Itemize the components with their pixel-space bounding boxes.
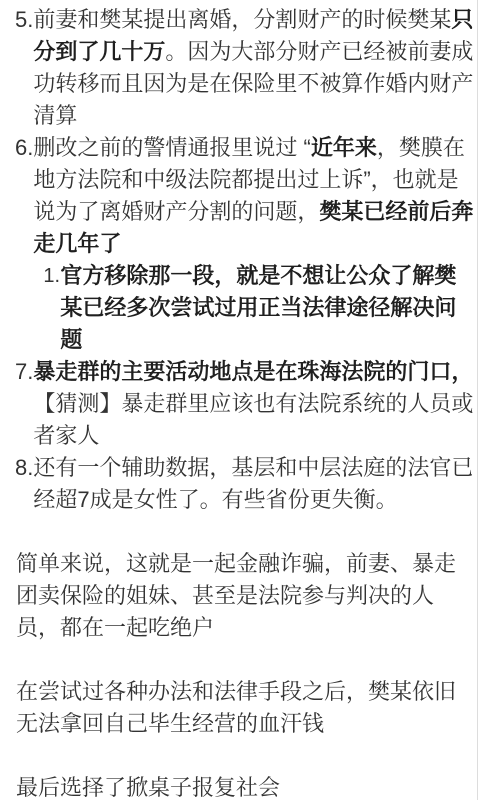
summary-paragraph: 简单来说，这就是一起金融诈骗，前妻、暴走团卖保险的姐妹、甚至是法院参与判决的人员…	[16, 548, 476, 644]
conclusion-paragraph: 在尝试过各种办法和法律手段之后，樊某依旧无法拿回自己毕生经营的血汗钱	[16, 676, 476, 740]
text-segment-bold: 官方移除那一段，就是不想让公众了解樊某已经多次尝试过用正当法律途径解决问题	[60, 263, 456, 352]
list-item-text: 还有一个辅助数据，基层和中层法庭的法官已经超7成是女性了。有些省份更失衡。	[33, 452, 483, 516]
list-item-number: 5.	[15, 4, 33, 36]
final-paragraph: 最后选择了掀桌子报复社会	[16, 772, 476, 800]
text-segment: 前妻和樊某提出离婚，分割财产的时候樊某	[33, 7, 451, 32]
list-item-text: 删改之前的警情通报里说过 “近年来，樊膜在地方法院和中级法院都提出过上诉”，也就…	[33, 132, 483, 356]
text-segment: 【猜测】暴走群里应该也有法院系统的人员或者家人	[33, 391, 473, 448]
sub-list-item-number: 1.	[43, 260, 60, 292]
list-item-paragraph: 删改之前的警情通报里说过 “近年来，樊膜在地方法院和中级法院都提出过上诉”，也就…	[33, 132, 476, 260]
list-item-number: 8.	[15, 452, 33, 484]
sub-list-item-text: 官方移除那一段，就是不想让公众了解樊某已经多次尝试过用正当法律途径解决问题	[60, 260, 476, 356]
list-item-6: 6. 删改之前的警情通报里说过 “近年来，樊膜在地方法院和中级法院都提出过上诉”…	[0, 132, 483, 356]
right-edge-divider	[477, 0, 478, 800]
list-item-number: 7.	[15, 356, 33, 388]
list-item-7: 7. 暴走群的主要活动地点是在珠海法院的门口，【猜测】暴走群里应该也有法院系统的…	[0, 356, 483, 452]
text-segment-bold: 近年来	[311, 135, 377, 160]
list-item-text: 暴走群的主要活动地点是在珠海法院的门口，【猜测】暴走群里应该也有法院系统的人员或…	[33, 356, 483, 452]
text-content: 5. 前妻和樊某提出离婚，分割财产的时候樊某只分到了几十万。因为大部分财产已经被…	[0, 0, 483, 800]
text-segment: 还有一个辅助数据，基层和中层法庭的法官已经超7成是女性了。有些省份更失衡。	[33, 455, 473, 512]
list-item-text: 前妻和樊某提出离婚，分割财产的时候樊某只分到了几十万。因为大部分财产已经被前妻成…	[33, 4, 483, 132]
list-item-5: 5. 前妻和樊某提出离婚，分割财产的时候樊某只分到了几十万。因为大部分财产已经被…	[0, 4, 483, 132]
list-item-number: 6.	[15, 132, 33, 164]
sub-list-item-1: 1. 官方移除那一段，就是不想让公众了解樊某已经多次尝试过用正当法律途径解决问题	[33, 260, 476, 356]
text-segment: 删改之前的警情通报里说过 “	[33, 135, 310, 160]
text-segment-bold: 暴走群的主要活动地点是在珠海法院的门口，	[33, 359, 473, 384]
list-item-8: 8. 还有一个辅助数据，基层和中层法庭的法官已经超7成是女性了。有些省份更失衡。	[0, 452, 483, 516]
